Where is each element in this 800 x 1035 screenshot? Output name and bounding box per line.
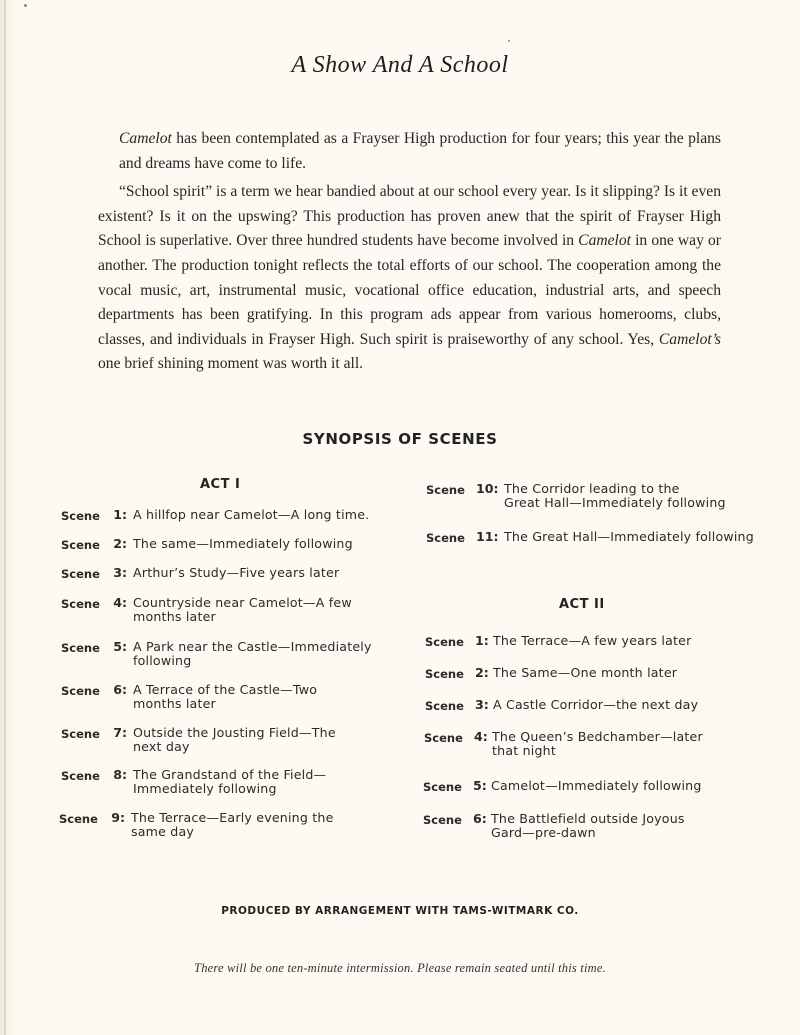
page-title: A Show And A School [0,52,800,79]
scene-number: 4: [474,730,486,758]
scene-number: 8: [111,768,127,796]
synopsis-heading: SYNOPSIS OF SCENES [0,430,800,448]
scene-label: Scene [61,566,111,581]
act-1-heading: ACT I [200,477,240,492]
italic-title: Camelot [119,130,172,147]
scene-label: Scene [426,530,476,545]
intro-paragraph-1: Camelot has been contemplated as a Frays… [119,127,721,176]
scene-label: Scene [61,537,111,552]
scene-number: 11: [476,530,498,545]
scene-number: 5: [111,640,127,668]
scene-row: Scene6:A Terrace of the Castle—Twomonths… [61,683,317,711]
scene-label: Scene [61,683,111,711]
scene-description: The Battlefield outside JoyousGard—pre-d… [491,812,685,840]
page-edge [4,0,6,1035]
scene-label: Scene [426,482,476,510]
production-credit: PRODUCED BY ARRANGEMENT WITH TAMS-WITMAR… [0,905,800,917]
scene-row: Scene4:The Queen’s Bedchamber—laterthat … [424,730,703,758]
scene-row: Scene11:The Great Hall—Immediately follo… [426,530,754,545]
paragraph-text: has been contemplated as a Frayser High … [119,130,721,172]
scene-label: Scene [61,726,111,754]
scene-number: 2: [111,537,127,552]
scene-description: Camelot—Immediately following [491,779,702,794]
scene-row: Scene1:The Terrace—A few years later [425,634,692,649]
scene-number: 7: [111,726,127,754]
scene-row: Scene3:A Castle Corridor—the next day [425,698,698,713]
scene-description: The Queen’s Bedchamber—laterthat night [492,730,703,758]
scene-row: Scene9:The Terrace—Early evening thesame… [59,811,334,839]
scene-row: Scene2:The Same—One month later [425,666,677,681]
scene-description: The Same—One month later [493,666,677,681]
italic-title: Camelot [578,232,631,249]
scene-number: 5: [473,779,485,794]
paper-speck [508,40,510,42]
scene-row: Scene10:The Corridor leading to theGreat… [426,482,726,510]
scene-number: 1: [475,634,487,649]
intro-text: Camelot has been contemplated as a Frays… [119,127,721,381]
act-2-heading: ACT II [559,597,605,612]
scene-description: The Grandstand of the Field—Immediately … [133,768,326,796]
intermission-note: There will be one ten-minute intermissio… [0,961,800,976]
scene-description: The Great Hall—Immediately following [504,530,754,545]
scene-label: Scene [425,634,475,649]
scene-row: Scene4:Countryside near Camelot—A fewmon… [61,596,352,624]
scene-number: 3: [111,566,127,581]
scene-description: Arthur’s Study—Five years later [133,566,339,581]
scene-number: 6: [473,812,485,840]
scene-number: 2: [475,666,487,681]
paragraph-text: in one way or another. The production to… [98,232,721,347]
scene-number: 9: [109,811,125,839]
scene-label: Scene [61,596,111,624]
scene-label: Scene [61,640,111,668]
scene-number: 10: [476,482,498,510]
scene-description: A Park near the Castle—Immediatelyfollow… [133,640,372,668]
scene-description: The Corridor leading to theGreat Hall—Im… [504,482,726,510]
scene-description: The same—Immediately following [133,537,353,552]
scene-number: 4: [111,596,127,624]
scene-number: 6: [111,683,127,711]
scene-description: Countryside near Camelot—A fewmonths lat… [133,596,352,624]
paragraph-text: one brief shining moment was worth it al… [98,355,363,372]
scene-number: 3: [475,698,487,713]
scene-label: Scene [59,811,109,839]
scene-description: Outside the Jousting Field—Thenext day [133,726,336,754]
scene-description: A hillfop near Camelot—A long time. [133,508,369,523]
scene-row: Scene6:The Battlefield outside JoyousGar… [423,812,685,840]
scene-row: Scene8:The Grandstand of the Field—Immed… [61,768,326,796]
paper-speck [24,4,27,7]
scene-label: Scene [61,508,111,523]
scene-description: A Terrace of the Castle—Twomonths later [133,683,317,711]
scene-label: Scene [424,730,474,758]
scene-row: Scene5:Camelot—Immediately following [423,779,702,794]
scene-description: The Terrace—A few years later [493,634,692,649]
scene-label: Scene [425,666,475,681]
scene-label: Scene [423,779,473,794]
scene-label: Scene [61,768,111,796]
italic-title: Camelot’s [659,331,721,348]
scene-description: The Terrace—Early evening thesame day [131,811,334,839]
scene-row: Scene7:Outside the Jousting Field—Thenex… [61,726,336,754]
scene-row: Scene3:Arthur’s Study—Five years later [61,566,339,581]
scene-number: 1: [111,508,127,523]
scene-label: Scene [423,812,473,840]
scene-label: Scene [425,698,475,713]
program-page: A Show And A School Camelot has been con… [0,0,800,1035]
scene-description: A Castle Corridor—the next day [493,698,698,713]
scene-row: Scene5:A Park near the Castle—Immediatel… [61,640,372,668]
scene-row: Scene1:A hillfop near Camelot—A long tim… [61,508,369,523]
intro-paragraph-2: “School spirit” is a term we hear bandie… [98,180,721,377]
scene-row: Scene2:The same—Immediately following [61,537,353,552]
